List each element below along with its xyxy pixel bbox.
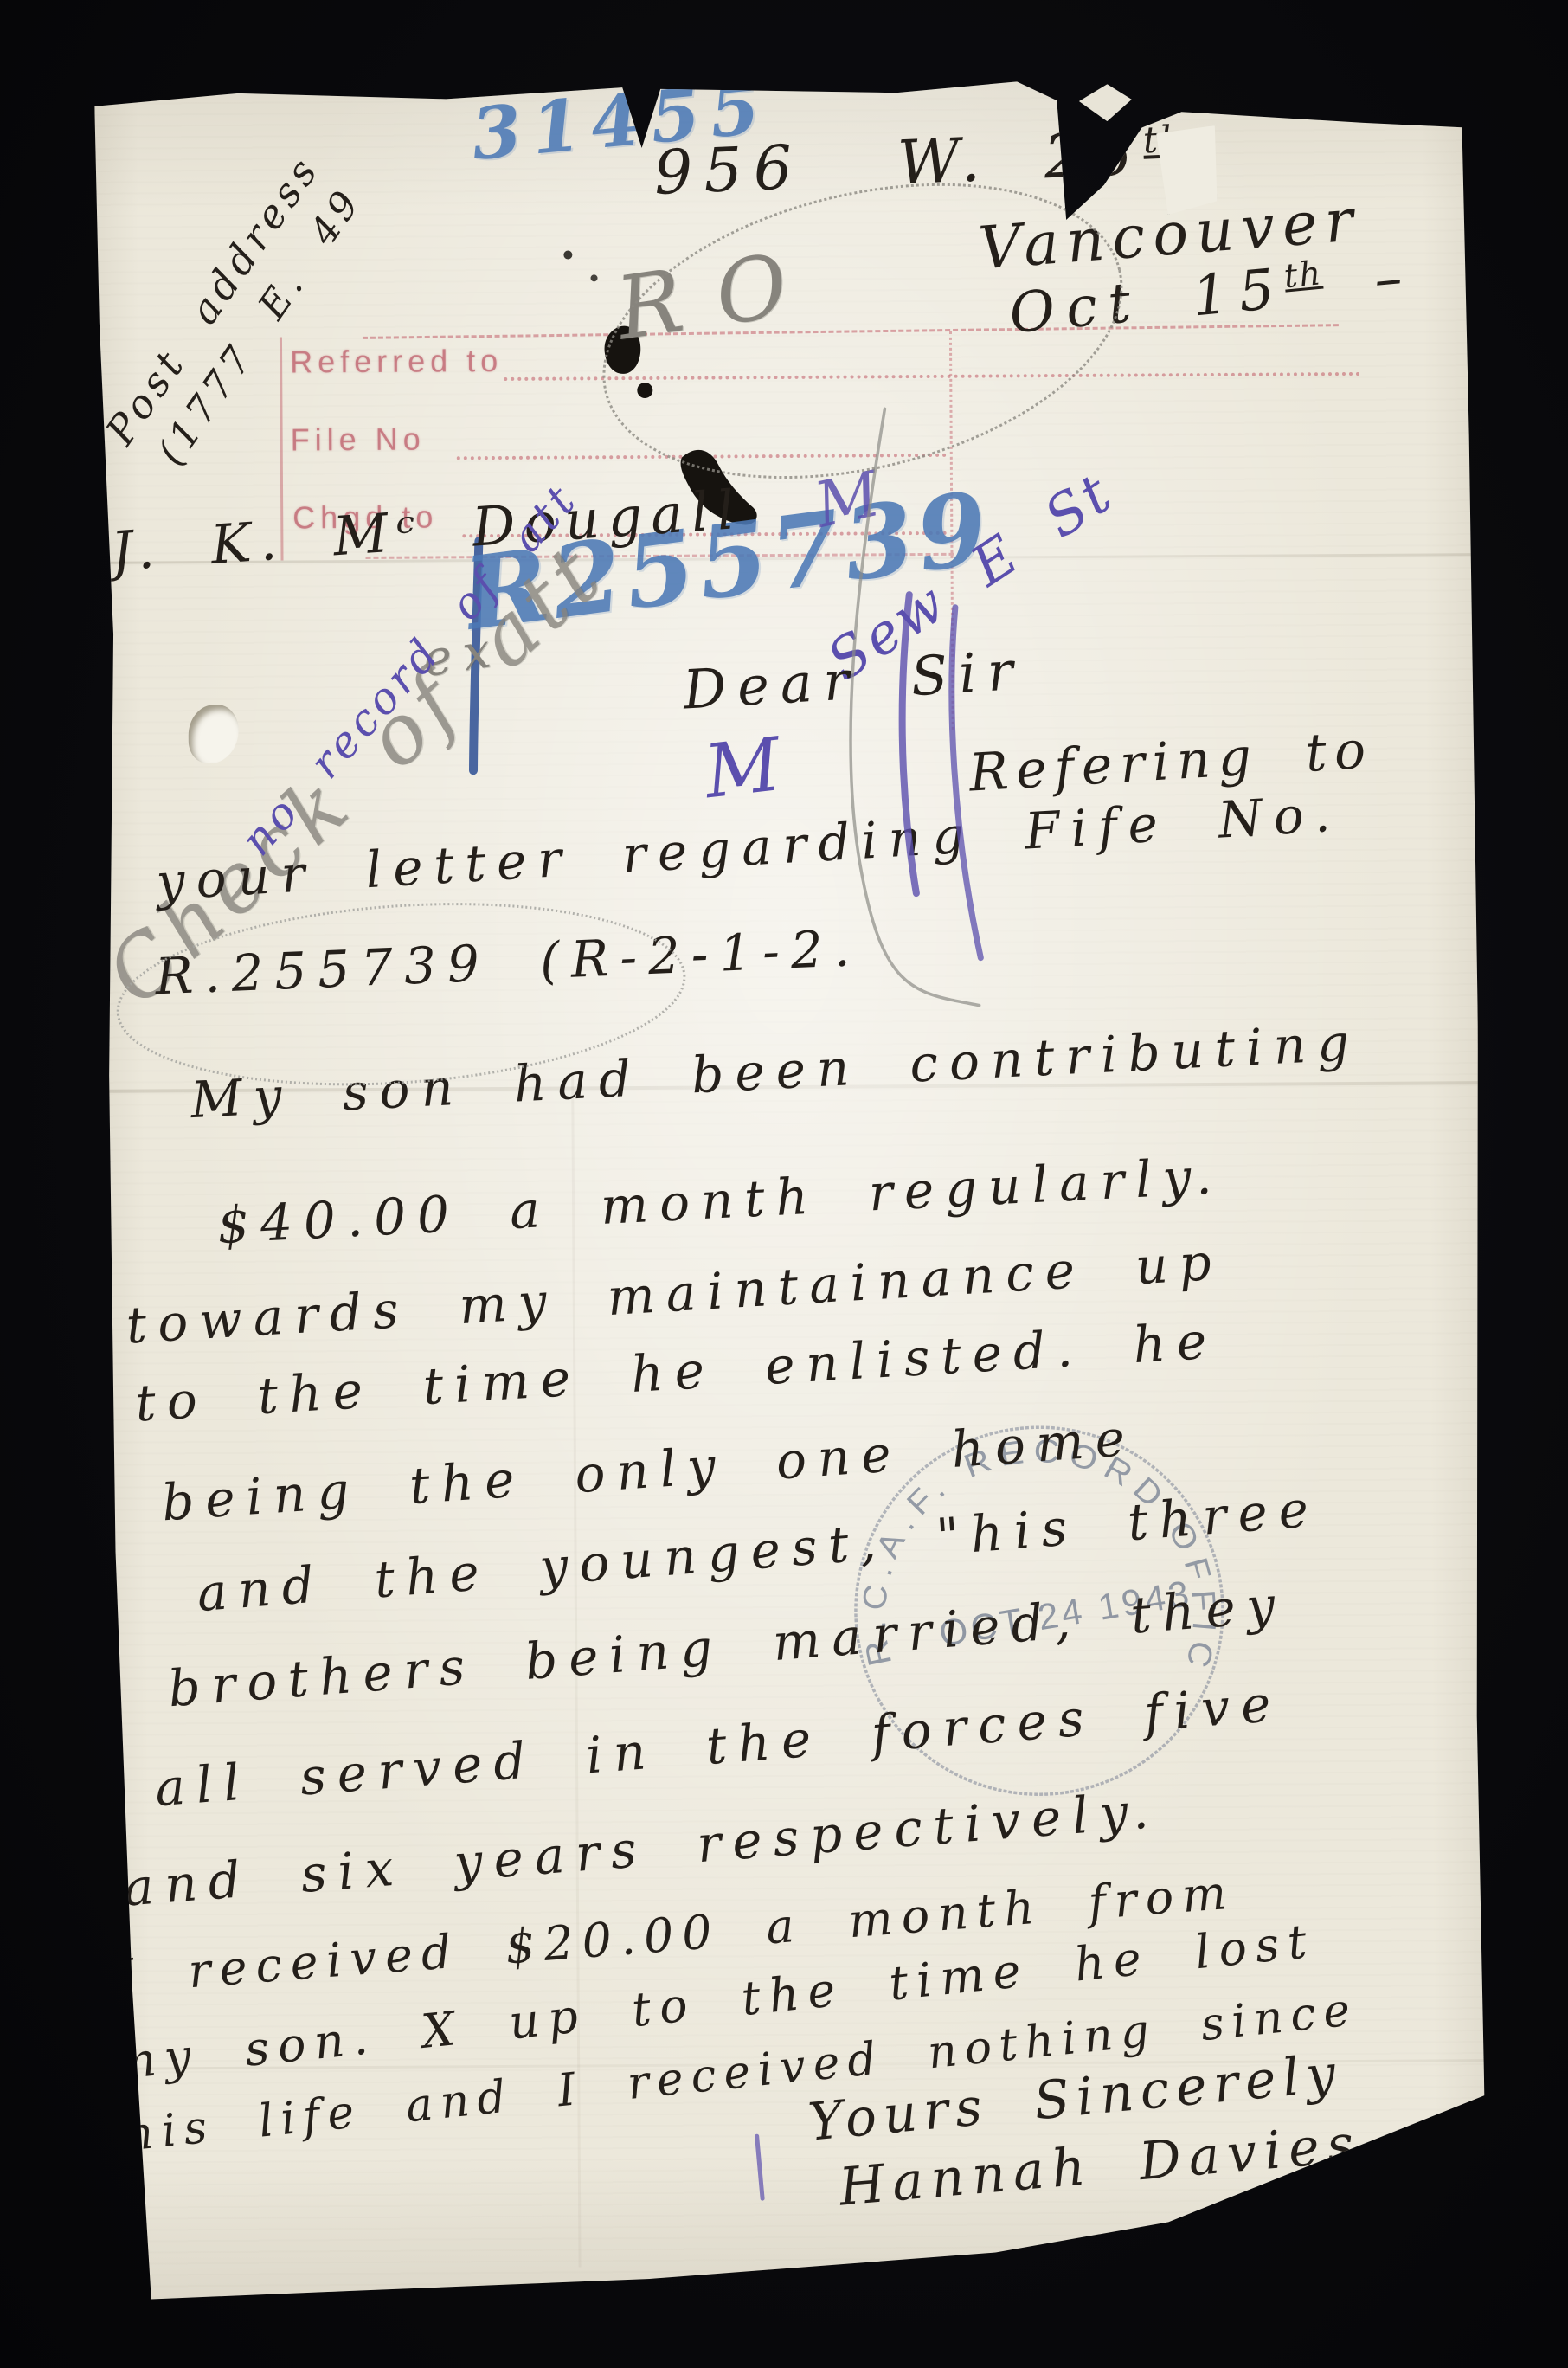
ink-speck — [93, 612, 100, 619]
pencil-circle-file-number — [112, 887, 690, 1102]
pencil-stroke — [849, 409, 980, 1007]
purple-stroke — [902, 595, 916, 893]
ink-speck — [94, 483, 103, 492]
letter-paper: Referred to File No Chgd to R.C.A.F. REC… — [82, 72, 1491, 2315]
purple-stroke — [951, 608, 980, 958]
pencil-circle-ro — [575, 137, 1151, 524]
pencil-marks-overlay — [82, 72, 1491, 2315]
torn-paper-crumb — [1076, 80, 1134, 126]
scan-background: Referred to File No Chgd to R.C.A.F. REC… — [0, 0, 1568, 2368]
purple-tick — [757, 2136, 762, 2198]
